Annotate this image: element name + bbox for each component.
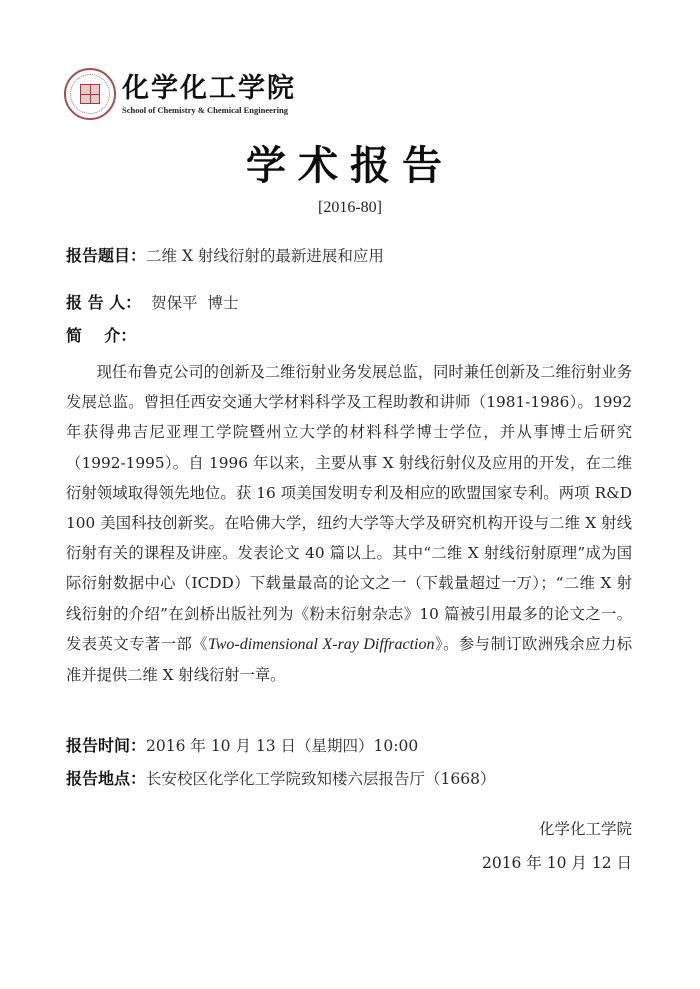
speaker-field: 报 告 人： 贺保平 博士 (66, 290, 239, 313)
school-name-block: 化学化工学院 School of Chemistry & Chemical En… (122, 74, 296, 115)
report-number: [2016-80] (0, 199, 700, 217)
location-label: 报告地点： (66, 766, 146, 789)
topic-value: 二维 X 射线衍射的最新进展和应用 (146, 244, 384, 266)
speaker-value: 贺保平 博士 (151, 291, 238, 313)
seal-emblem (80, 84, 100, 104)
signature-organization: 化学化工学院 (539, 817, 632, 839)
school-name-cn: 化学化工学院 (122, 74, 296, 104)
school-seal-icon (64, 68, 116, 120)
signature-date: 2016 年 10 月 12 日 (482, 851, 632, 873)
school-name-en: School of Chemistry & Chemical Engineeri… (122, 105, 296, 115)
bio-book-title: Two-dimensional X-ray Diffraction (208, 636, 434, 653)
topic-field: 报告题目： 二维 X 射线衍射的最新进展和应用 (66, 243, 384, 266)
intro-label: 简 介： (66, 323, 136, 346)
time-field: 报告时间： 2016 年 10 月 13 日（星期四）10:00 (66, 733, 418, 756)
speaker-label: 报 告 人： (66, 290, 141, 313)
speaker-bio: 现任布鲁克公司的创新及二维衍射业务发展总监，同时兼任创新及二维衍射业务发展总监。… (66, 357, 632, 690)
time-value: 2016 年 10 月 13 日（星期四）10:00 (146, 734, 418, 756)
intro-field: 简 介： (66, 323, 136, 346)
time-label: 报告时间： (66, 733, 146, 756)
location-value: 长安校区化学化工学院致知楼六层报告厅（1668） (146, 767, 495, 789)
school-header: 化学化工学院 School of Chemistry & Chemical En… (64, 68, 296, 120)
page-title: 学术报告 (0, 134, 700, 191)
topic-label: 报告题目： (66, 243, 146, 266)
bio-text-part1: 现任布鲁克公司的创新及二维衍射业务发展总监，同时兼任创新及二维衍射业务发展总监。… (66, 363, 632, 653)
location-field: 报告地点： 长安校区化学化工学院致知楼六层报告厅（1668） (66, 766, 495, 789)
bio-paragraph: 现任布鲁克公司的创新及二维衍射业务发展总监，同时兼任创新及二维衍射业务发展总监。… (66, 357, 632, 690)
